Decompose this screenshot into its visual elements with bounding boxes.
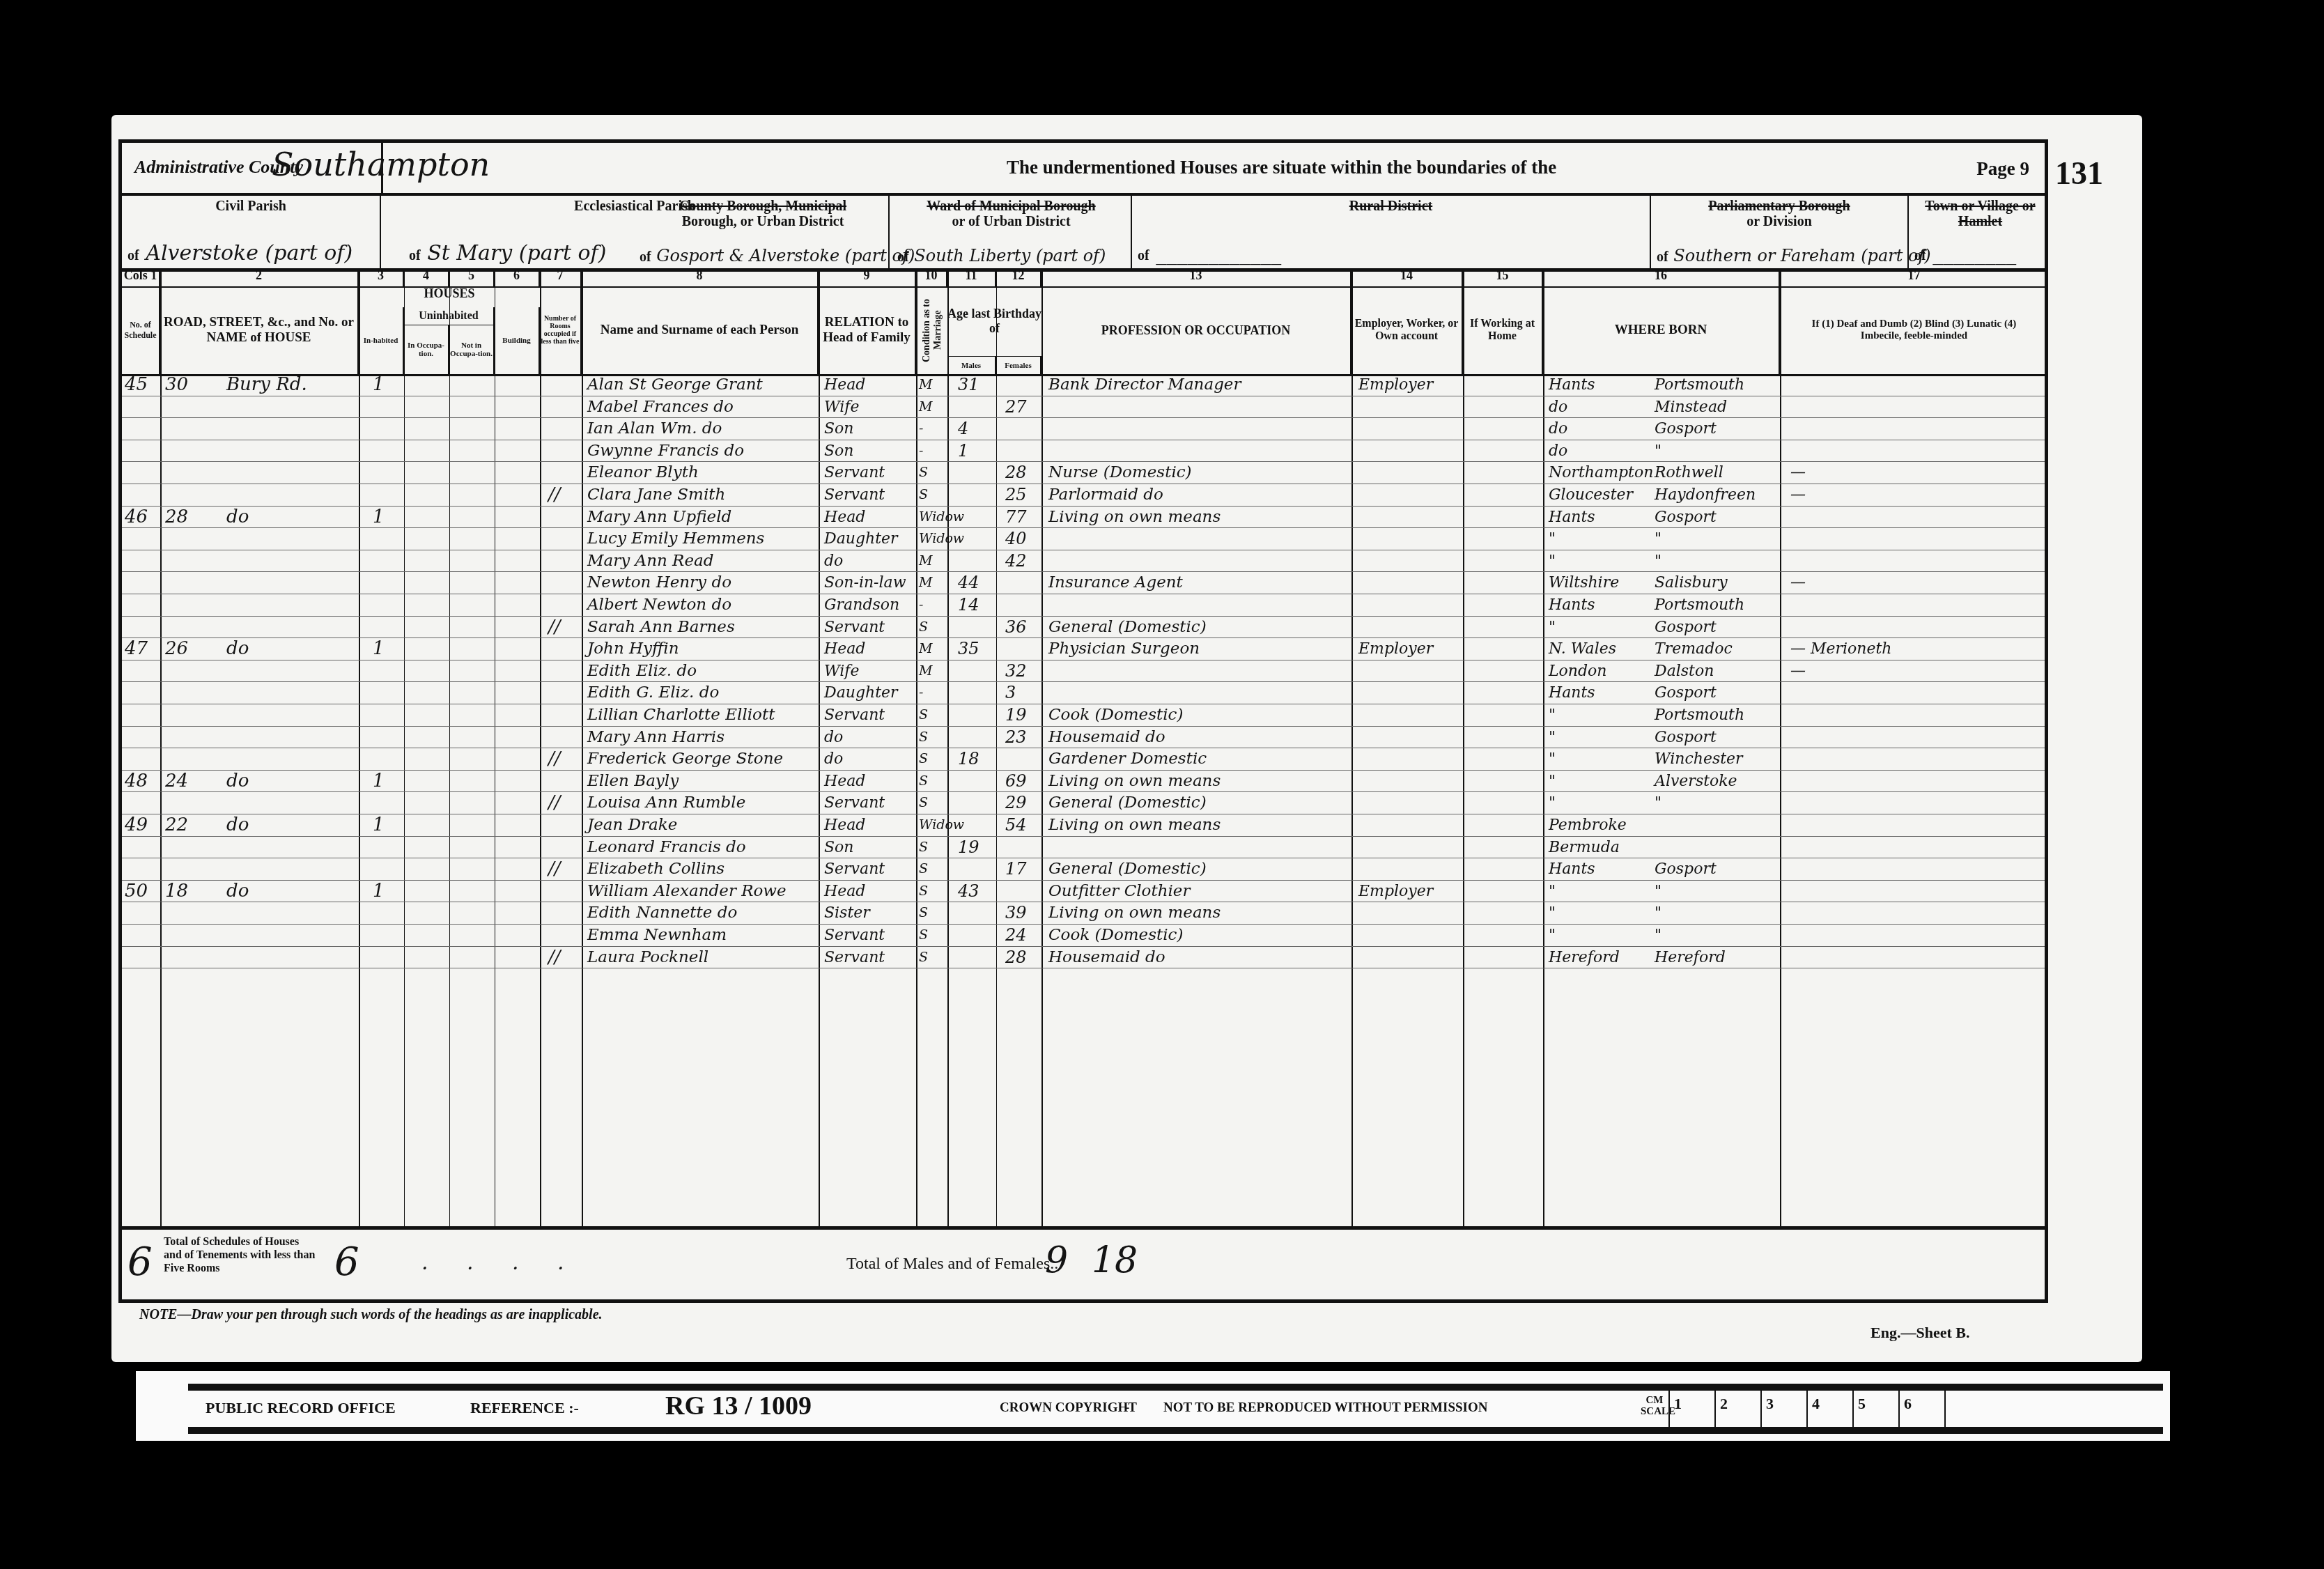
birth-place: Portsmouth <box>1655 704 1744 726</box>
birth-county: do <box>1549 418 1567 440</box>
total-in-occupation: . <box>421 1251 428 1275</box>
ward-struck-label: Ward of Municipal Borough <box>927 199 1095 214</box>
crown-copyright: CROWN COPYRIGHT <box>1000 1400 1137 1416</box>
marital-condition: M <box>919 638 932 660</box>
birth-place: Hereford <box>1655 947 1726 968</box>
occupation: Parlormaid do <box>1048 484 1163 506</box>
birth-place: Gosport <box>1655 858 1717 880</box>
person-name: William Alexander Rowe <box>587 881 787 902</box>
person-name: Sarah Ann Barnes <box>587 617 735 638</box>
table-row: 4824do1Ellen BaylyHeadS69Living on own m… <box>122 771 2045 793</box>
relation-to-head: Head <box>824 771 865 792</box>
marital-condition: S <box>919 881 928 902</box>
female-age: 77 <box>1005 507 1027 528</box>
scale-mark: 6 <box>1898 1391 1944 1434</box>
male-age: 35 <box>958 638 979 660</box>
occupation: Living on own means <box>1048 902 1221 924</box>
situate-statement: The undermentioned Houses are situate wi… <box>1007 157 1556 178</box>
birth-place: Portsmouth <box>1655 594 1744 616</box>
female-age: 39 <box>1005 902 1027 924</box>
heading-where-born: WHERE BORN <box>1543 286 1780 374</box>
birth-county: N. Wales <box>1549 638 1616 660</box>
relation-to-head: Son <box>824 837 854 858</box>
street-name: do <box>226 507 249 528</box>
table-row: Gwynne Francis doSon-1do" <box>122 440 2045 463</box>
street-name: do <box>226 814 249 836</box>
total-building: . <box>512 1251 519 1275</box>
relation-to-head: Servant <box>824 925 885 946</box>
occupation: General (Domestic) <box>1048 792 1207 814</box>
person-name: Elizabeth Collins <box>587 858 725 880</box>
relation-to-head: Servant <box>824 858 885 880</box>
birth-county: do <box>1549 440 1567 462</box>
total-inhabited: 6 <box>334 1239 359 1285</box>
female-age: 24 <box>1005 925 1027 946</box>
table-row: Ian Alan Wm. doSon-4doGosport <box>122 418 2045 440</box>
column-numbers: Cols 1 2 3 4 5 6 7 8 9 10 11 12 13 14 15… <box>122 268 2045 288</box>
heading-not-in-occupation: Not in Occupa-tion. <box>449 325 495 374</box>
relation-to-head: Servant <box>824 462 885 484</box>
female-age: 36 <box>1005 617 1027 638</box>
boundaries-row: Civil Parish of Alverstoke (part of) Ecc… <box>122 193 2045 272</box>
rooms-mark: // <box>548 858 561 880</box>
relation-to-head: Wife <box>824 396 859 418</box>
scale-mark: 3 <box>1760 1391 1806 1434</box>
relation-to-head: Sister <box>824 902 870 924</box>
marital-condition: S <box>919 947 928 968</box>
house-number: 28 <box>165 507 188 528</box>
civil-parish-label: Civil Parish <box>122 199 380 214</box>
marital-condition: S <box>919 484 928 506</box>
col-num-10: 10 <box>916 268 947 286</box>
schedule-number: 47 <box>125 638 148 660</box>
birth-place: " <box>1655 925 1661 946</box>
house-number: 22 <box>165 814 188 836</box>
person-name: Edith Eliz. do <box>587 660 697 682</box>
col-num-2: 2 <box>160 268 359 286</box>
table-row: //Sarah Ann BarnesServantS36General (Dom… <box>122 617 2045 639</box>
table-row: Mabel Frances doWifeM27doMinstead <box>122 396 2045 419</box>
birth-county: Hants <box>1549 507 1595 528</box>
reference-label: REFERENCE :- <box>470 1399 579 1417</box>
col-num-9: 9 <box>819 268 916 286</box>
relation-to-head: do <box>824 748 843 770</box>
inhabited-mark: 1 <box>373 881 385 902</box>
relation-to-head: do <box>824 550 843 572</box>
house-number: 18 <box>165 881 188 902</box>
table-row: //Clara Jane SmithServantS25Parlormaid d… <box>122 484 2045 507</box>
page-number: Page 9 <box>1976 158 2029 180</box>
person-name: Lillian Charlotte Elliott <box>587 704 775 726</box>
table-row: 5018do1William Alexander RoweHeadS43Outf… <box>122 881 2045 903</box>
person-name: Jean Drake <box>587 814 677 836</box>
infirmity-note: — <box>1790 484 1806 506</box>
person-name: Laura Pocknell <box>587 947 708 968</box>
totals-row: 6 Total of Schedules of Houses and of Te… <box>122 1226 2045 1299</box>
col-num-13: 13 <box>1041 268 1351 286</box>
birth-place: Gosport <box>1655 617 1717 638</box>
marital-condition: M <box>919 572 932 594</box>
house-number: 30 <box>165 374 188 396</box>
scale-mark <box>1944 1391 2028 1434</box>
table-row: Leonard Francis doSonS19Bermuda <box>122 837 2045 859</box>
ward-value: of South Liberty (part of) <box>897 246 1106 265</box>
marital-condition: M <box>919 396 932 418</box>
col-num-14: 14 <box>1351 268 1463 286</box>
table-row: Emma NewnhamServantS24Cook (Domestic)"" <box>122 925 2045 947</box>
table-row: Eleanor BlythServantS28Nurse (Domestic)N… <box>122 462 2045 484</box>
marital-condition: - <box>919 594 923 616</box>
cm-scale: CM SCALE 1 2 3 4 5 6 <box>1641 1391 2028 1434</box>
marital-condition: Widow <box>919 507 964 528</box>
occupation: Cook (Domestic) <box>1048 704 1183 726</box>
birth-county: London <box>1549 660 1607 682</box>
total-schedules: 6 <box>127 1239 153 1285</box>
birth-place: Alverstoke <box>1655 771 1737 792</box>
person-name: Emma Newnham <box>587 925 727 946</box>
schedule-number: 45 <box>125 374 148 396</box>
relation-to-head: Head <box>824 507 865 528</box>
female-age: 40 <box>1005 528 1027 550</box>
birth-county: " <box>1549 771 1556 792</box>
enumeration-form: Administrative County Southampton The un… <box>118 139 2048 1303</box>
urban-district-label: Borough, or Urban District <box>682 214 844 229</box>
female-age: 23 <box>1005 727 1027 748</box>
table-row: Edith G. Eliz. doDaughter-3HantsGosport <box>122 682 2045 704</box>
occupation: Housemaid do <box>1048 727 1165 748</box>
birth-county: " <box>1549 528 1556 550</box>
footnote: NOTE—Draw your pen through such words of… <box>139 1307 603 1323</box>
ward-cell: Ward of Municipal Boroughor of Urban Dis… <box>892 193 1132 268</box>
occupation: Living on own means <box>1048 507 1221 528</box>
occupation: Physician Surgeon <box>1048 638 1200 660</box>
relation-to-head: Son <box>824 440 854 462</box>
infirmity-note: — <box>1790 572 1806 594</box>
person-name: Leonard Francis do <box>587 837 746 858</box>
person-name: Eleanor Blyth <box>587 462 699 484</box>
birth-county: " <box>1549 925 1556 946</box>
restriction-notice: NOT TO BE REPRODUCED WITHOUT PERMISSION <box>1163 1400 1487 1416</box>
birth-county: do <box>1549 396 1567 418</box>
col-num-11: 11 <box>947 268 996 286</box>
birth-place: Minstead <box>1655 396 1727 418</box>
marital-condition: S <box>919 617 928 638</box>
male-age: 43 <box>958 881 979 902</box>
inhabited-mark: 1 <box>373 374 385 396</box>
person-name: Edith Nannette do <box>587 902 737 924</box>
birth-county: " <box>1549 550 1556 572</box>
marital-condition: S <box>919 792 928 814</box>
total-schedules-label: Total of Schedules of Houses and of Tene… <box>164 1235 317 1275</box>
marital-condition: S <box>919 462 928 484</box>
total-not-in-occupation: . <box>467 1251 474 1275</box>
marital-condition: S <box>919 902 928 924</box>
occupation: Housemaid do <box>1048 947 1165 968</box>
birth-county: " <box>1549 902 1556 924</box>
person-name: Mary Ann Harris <box>587 727 725 748</box>
heading-infirmity: If (1) Deaf and Dumb (2) Blind (3) Lunat… <box>1780 286 2048 374</box>
street-name: do <box>226 881 249 902</box>
marital-condition: S <box>919 771 928 792</box>
rooms-mark: // <box>548 748 561 770</box>
heading-females: Females <box>996 356 1041 374</box>
schedule-number: 50 <box>125 881 148 902</box>
male-age: 1 <box>958 440 968 462</box>
birth-place: Gosport <box>1655 727 1717 748</box>
scale-mark: 5 <box>1852 1391 1898 1434</box>
female-age: 54 <box>1005 814 1027 836</box>
rural-district-cell: Rural District of ____________ <box>1132 193 1651 268</box>
relation-to-head: Head <box>824 638 865 660</box>
person-name: John Hyffin <box>587 638 679 660</box>
relation-to-head: Daughter <box>824 528 898 550</box>
table-row: 4726do1John HyffinHeadM35Physician Surge… <box>122 638 2045 660</box>
separator: - <box>1125 1400 1129 1416</box>
col-num-12: 12 <box>996 268 1041 286</box>
birth-county: " <box>1549 748 1556 770</box>
heading-in-occupation: In Occupa-tion. <box>404 325 449 374</box>
relation-to-head: Servant <box>824 617 885 638</box>
marital-condition: - <box>919 682 923 704</box>
table-row: 4628do1Mary Ann UpfieldHeadWidow77Living… <box>122 507 2045 529</box>
table-row: Albert Newton doGrandson-14HantsPortsmou… <box>122 594 2045 617</box>
birth-county: " <box>1549 704 1556 726</box>
marital-condition: - <box>919 440 923 462</box>
birth-county: Bermuda <box>1549 837 1620 858</box>
person-name: Alan St George Grant <box>587 374 763 396</box>
male-age: 4 <box>958 418 968 440</box>
birth-place: Dalston <box>1655 660 1714 682</box>
occupation: Nurse (Domestic) <box>1048 462 1192 484</box>
urban-district-cell: County Borough, MunicipalBorough, or Urb… <box>634 193 892 268</box>
occupation: Bank Director Manager <box>1048 374 1241 396</box>
person-name: Gwynne Francis do <box>587 440 744 462</box>
marital-condition: S <box>919 727 928 748</box>
inhabited-mark: 1 <box>373 814 385 836</box>
birth-place: " <box>1655 881 1661 902</box>
heading-address: ROAD, STREET, &c., and No. or NAME of HO… <box>160 286 359 374</box>
birth-place: Tremadoc <box>1655 638 1733 660</box>
header-row: Administrative County Southampton The un… <box>122 143 2045 196</box>
female-age: 19 <box>1005 704 1027 726</box>
birth-place: Rothwell <box>1655 462 1723 484</box>
rooms-mark: // <box>548 617 561 638</box>
town-village-value: of ________ <box>1914 241 2016 265</box>
table-row: Edith Eliz. doWifeM32LondonDalston— <box>122 660 2045 683</box>
person-name: Albert Newton do <box>587 594 731 616</box>
birth-place: Winchester <box>1655 748 1743 770</box>
civil-parish-cell: Civil Parish of Alverstoke (part of) <box>122 193 381 268</box>
inhabited-mark: 1 <box>373 638 385 660</box>
birth-county: Pembroke <box>1549 814 1627 836</box>
relation-to-head: Servant <box>824 792 885 814</box>
person-name: Ian Alan Wm. do <box>587 418 722 440</box>
person-name: Clara Jane Smith <box>587 484 725 506</box>
table-row: Lillian Charlotte ElliottServantS19Cook … <box>122 704 2045 727</box>
female-age: 17 <box>1005 858 1027 880</box>
relation-to-head: Head <box>824 881 865 902</box>
parliamentary-division-value: of Southern or Fareham (part of) <box>1657 246 1931 265</box>
table-row: //Frederick George StonedoS18Gardener Do… <box>122 748 2045 771</box>
rooms-mark: // <box>548 792 561 814</box>
male-age: 44 <box>958 572 979 594</box>
female-age: 29 <box>1005 792 1027 814</box>
table-row: 4922do1Jean DrakeHeadWidow54Living on ow… <box>122 814 2045 837</box>
street-name: do <box>226 771 249 792</box>
marital-condition: M <box>919 660 932 682</box>
marital-condition: S <box>919 748 928 770</box>
birth-county: " <box>1549 617 1556 638</box>
birth-place: Gosport <box>1655 418 1717 440</box>
marital-condition: - <box>919 418 923 440</box>
folio-number: 131 <box>2055 155 2103 192</box>
col-num-17: 17 <box>1780 268 2048 286</box>
birth-county: " <box>1549 881 1556 902</box>
female-age: 25 <box>1005 484 1027 506</box>
total-females: 18 <box>1092 1239 1138 1281</box>
civil-parish-value: of Alverstoke (part of) <box>127 241 353 265</box>
birth-place: Gosport <box>1655 507 1717 528</box>
heading-rooms: Number of Rooms occupied if less than fi… <box>540 286 582 374</box>
heading-schedule: No. of Schedule <box>122 286 160 374</box>
occupation: Living on own means <box>1048 771 1221 792</box>
male-age: 19 <box>958 837 979 858</box>
marital-condition: Widow <box>919 814 964 836</box>
relation-to-head: Wife <box>824 660 859 682</box>
col-num-7: 7 <box>540 268 582 286</box>
birth-place: Haydonfreen <box>1655 484 1756 506</box>
heading-males: Males <box>947 356 996 374</box>
table-row: Newton Henry doSon-in-lawM44Insurance Ag… <box>122 572 2045 594</box>
relation-to-head: Daughter <box>824 682 898 704</box>
heading-inhabited: In-habited <box>359 307 404 374</box>
table-row: 4530Bury Rd.1Alan St George GrantHeadM31… <box>122 374 2045 396</box>
female-age: 69 <box>1005 771 1027 792</box>
birth-county: Hereford <box>1549 947 1620 968</box>
heading-at-home: If Working at Home <box>1463 286 1543 374</box>
heading-employment: Employer, Worker, or Own account <box>1351 286 1463 374</box>
birth-place: " <box>1655 528 1661 550</box>
heading-relation: RELATION to Head of Family <box>819 286 916 374</box>
col-num-15: 15 <box>1463 268 1543 286</box>
table-row: Lucy Emily HemmensDaughterWidow40"" <box>122 528 2045 550</box>
employment-status: Employer <box>1358 374 1433 396</box>
table-row: //Laura PocknellServantS28Housemaid doHe… <box>122 947 2045 969</box>
person-name: Newton Henry do <box>587 572 731 594</box>
employment-status: Employer <box>1358 638 1433 660</box>
scale-mark: 2 <box>1714 1391 1760 1434</box>
reference-strip: PUBLIC RECORD OFFICE REFERENCE :- RG 13 … <box>136 1371 2170 1441</box>
occupation: General (Domestic) <box>1048 858 1207 880</box>
urban-district-value: of Gosport & Alverstoke (part of) <box>640 246 915 265</box>
birth-county: " <box>1549 792 1556 814</box>
occupation: Living on own means <box>1048 814 1221 836</box>
female-age: 27 <box>1005 396 1027 418</box>
infirmity-note: — Merioneth <box>1790 638 1892 660</box>
rooms-mark: // <box>548 947 561 968</box>
ecclesiastical-parish-value: of St Mary (part of) <box>409 241 606 265</box>
town-village-cell: Town or Village or Hamlet of ________ <box>1909 193 2052 268</box>
marital-condition: S <box>919 704 928 726</box>
total-males: 9 <box>1045 1239 1068 1281</box>
relation-to-head: Son <box>824 418 854 440</box>
female-age: 28 <box>1005 462 1027 484</box>
scale-mark: 4 <box>1806 1391 1852 1434</box>
person-name: Mabel Frances do <box>587 396 734 418</box>
person-name: Ellen Bayly <box>587 771 679 792</box>
person-name: Mary Ann Read <box>587 550 713 572</box>
birth-place: Portsmouth <box>1655 374 1744 396</box>
marital-condition: Widow <box>919 528 964 550</box>
marital-condition: S <box>919 925 928 946</box>
relation-to-head: do <box>824 727 843 748</box>
scale-mark: 1 <box>1668 1391 1714 1434</box>
heading-name: Name and Surname of each Person <box>582 286 819 374</box>
male-age: 31 <box>958 374 979 396</box>
person-name: Frederick George Stone <box>587 748 783 770</box>
male-age: 14 <box>958 594 979 616</box>
birth-county: Hants <box>1549 374 1595 396</box>
relation-to-head: Servant <box>824 947 885 968</box>
house-number: 26 <box>165 638 188 660</box>
col-num-4: 4 <box>404 268 449 286</box>
schedule-number: 46 <box>125 507 148 528</box>
parliamentary-division-cell: Parliamentary Boroughor Division of Sout… <box>1651 193 1909 268</box>
relation-to-head: Son-in-law <box>824 572 906 594</box>
infirmity-note: — <box>1790 660 1806 682</box>
street-name: Bury Rd. <box>226 374 307 396</box>
birth-county: Hants <box>1549 594 1595 616</box>
cm-scale-label: CM SCALE <box>1641 1395 1668 1434</box>
total-males-females-label: Total of Males and of Females... <box>846 1255 1062 1274</box>
birth-place: " <box>1655 792 1661 814</box>
strip-rule <box>188 1384 2163 1391</box>
house-number: 24 <box>165 771 188 792</box>
administrative-county-box: Administrative County Southampton <box>122 143 383 193</box>
record-office-label: PUBLIC RECORD OFFICE <box>206 1399 396 1417</box>
col-num-16: 16 <box>1543 268 1780 286</box>
female-age: 3 <box>1005 682 1016 704</box>
col-num-8: 8 <box>582 268 819 286</box>
parliamentary-struck-label: Parliamentary Borough <box>1708 199 1850 214</box>
person-name: Lucy Emily Hemmens <box>587 528 764 550</box>
birth-county: " <box>1549 727 1556 748</box>
marital-condition: M <box>919 374 932 396</box>
schedule-number: 48 <box>125 771 148 792</box>
schedule-number: 49 <box>125 814 148 836</box>
birth-place: Gosport <box>1655 682 1717 704</box>
inhabited-mark: 1 <box>373 507 385 528</box>
heading-building: Building <box>495 307 540 374</box>
marital-condition: S <box>919 858 928 880</box>
female-age: 42 <box>1005 550 1027 572</box>
ward-label: or of Urban District <box>952 214 1070 229</box>
relation-to-head: Servant <box>824 704 885 726</box>
birth-county: Hants <box>1549 682 1595 704</box>
employment-status: Employer <box>1358 881 1433 902</box>
infirmity-note: — <box>1790 462 1806 484</box>
relation-to-head: Head <box>824 814 865 836</box>
person-name: Mary Ann Upfield <box>587 507 731 528</box>
person-name: Louisa Ann Rumble <box>587 792 745 814</box>
person-name: Edith G. Eliz. do <box>587 682 719 704</box>
occupation: Outfitter Clothier <box>1048 881 1190 902</box>
col-num-6: 6 <box>495 268 540 286</box>
birth-county: Hants <box>1549 858 1595 880</box>
col-num-3: 3 <box>359 268 404 286</box>
birth-place: " <box>1655 902 1661 924</box>
occupation: Insurance Agent <box>1048 572 1183 594</box>
